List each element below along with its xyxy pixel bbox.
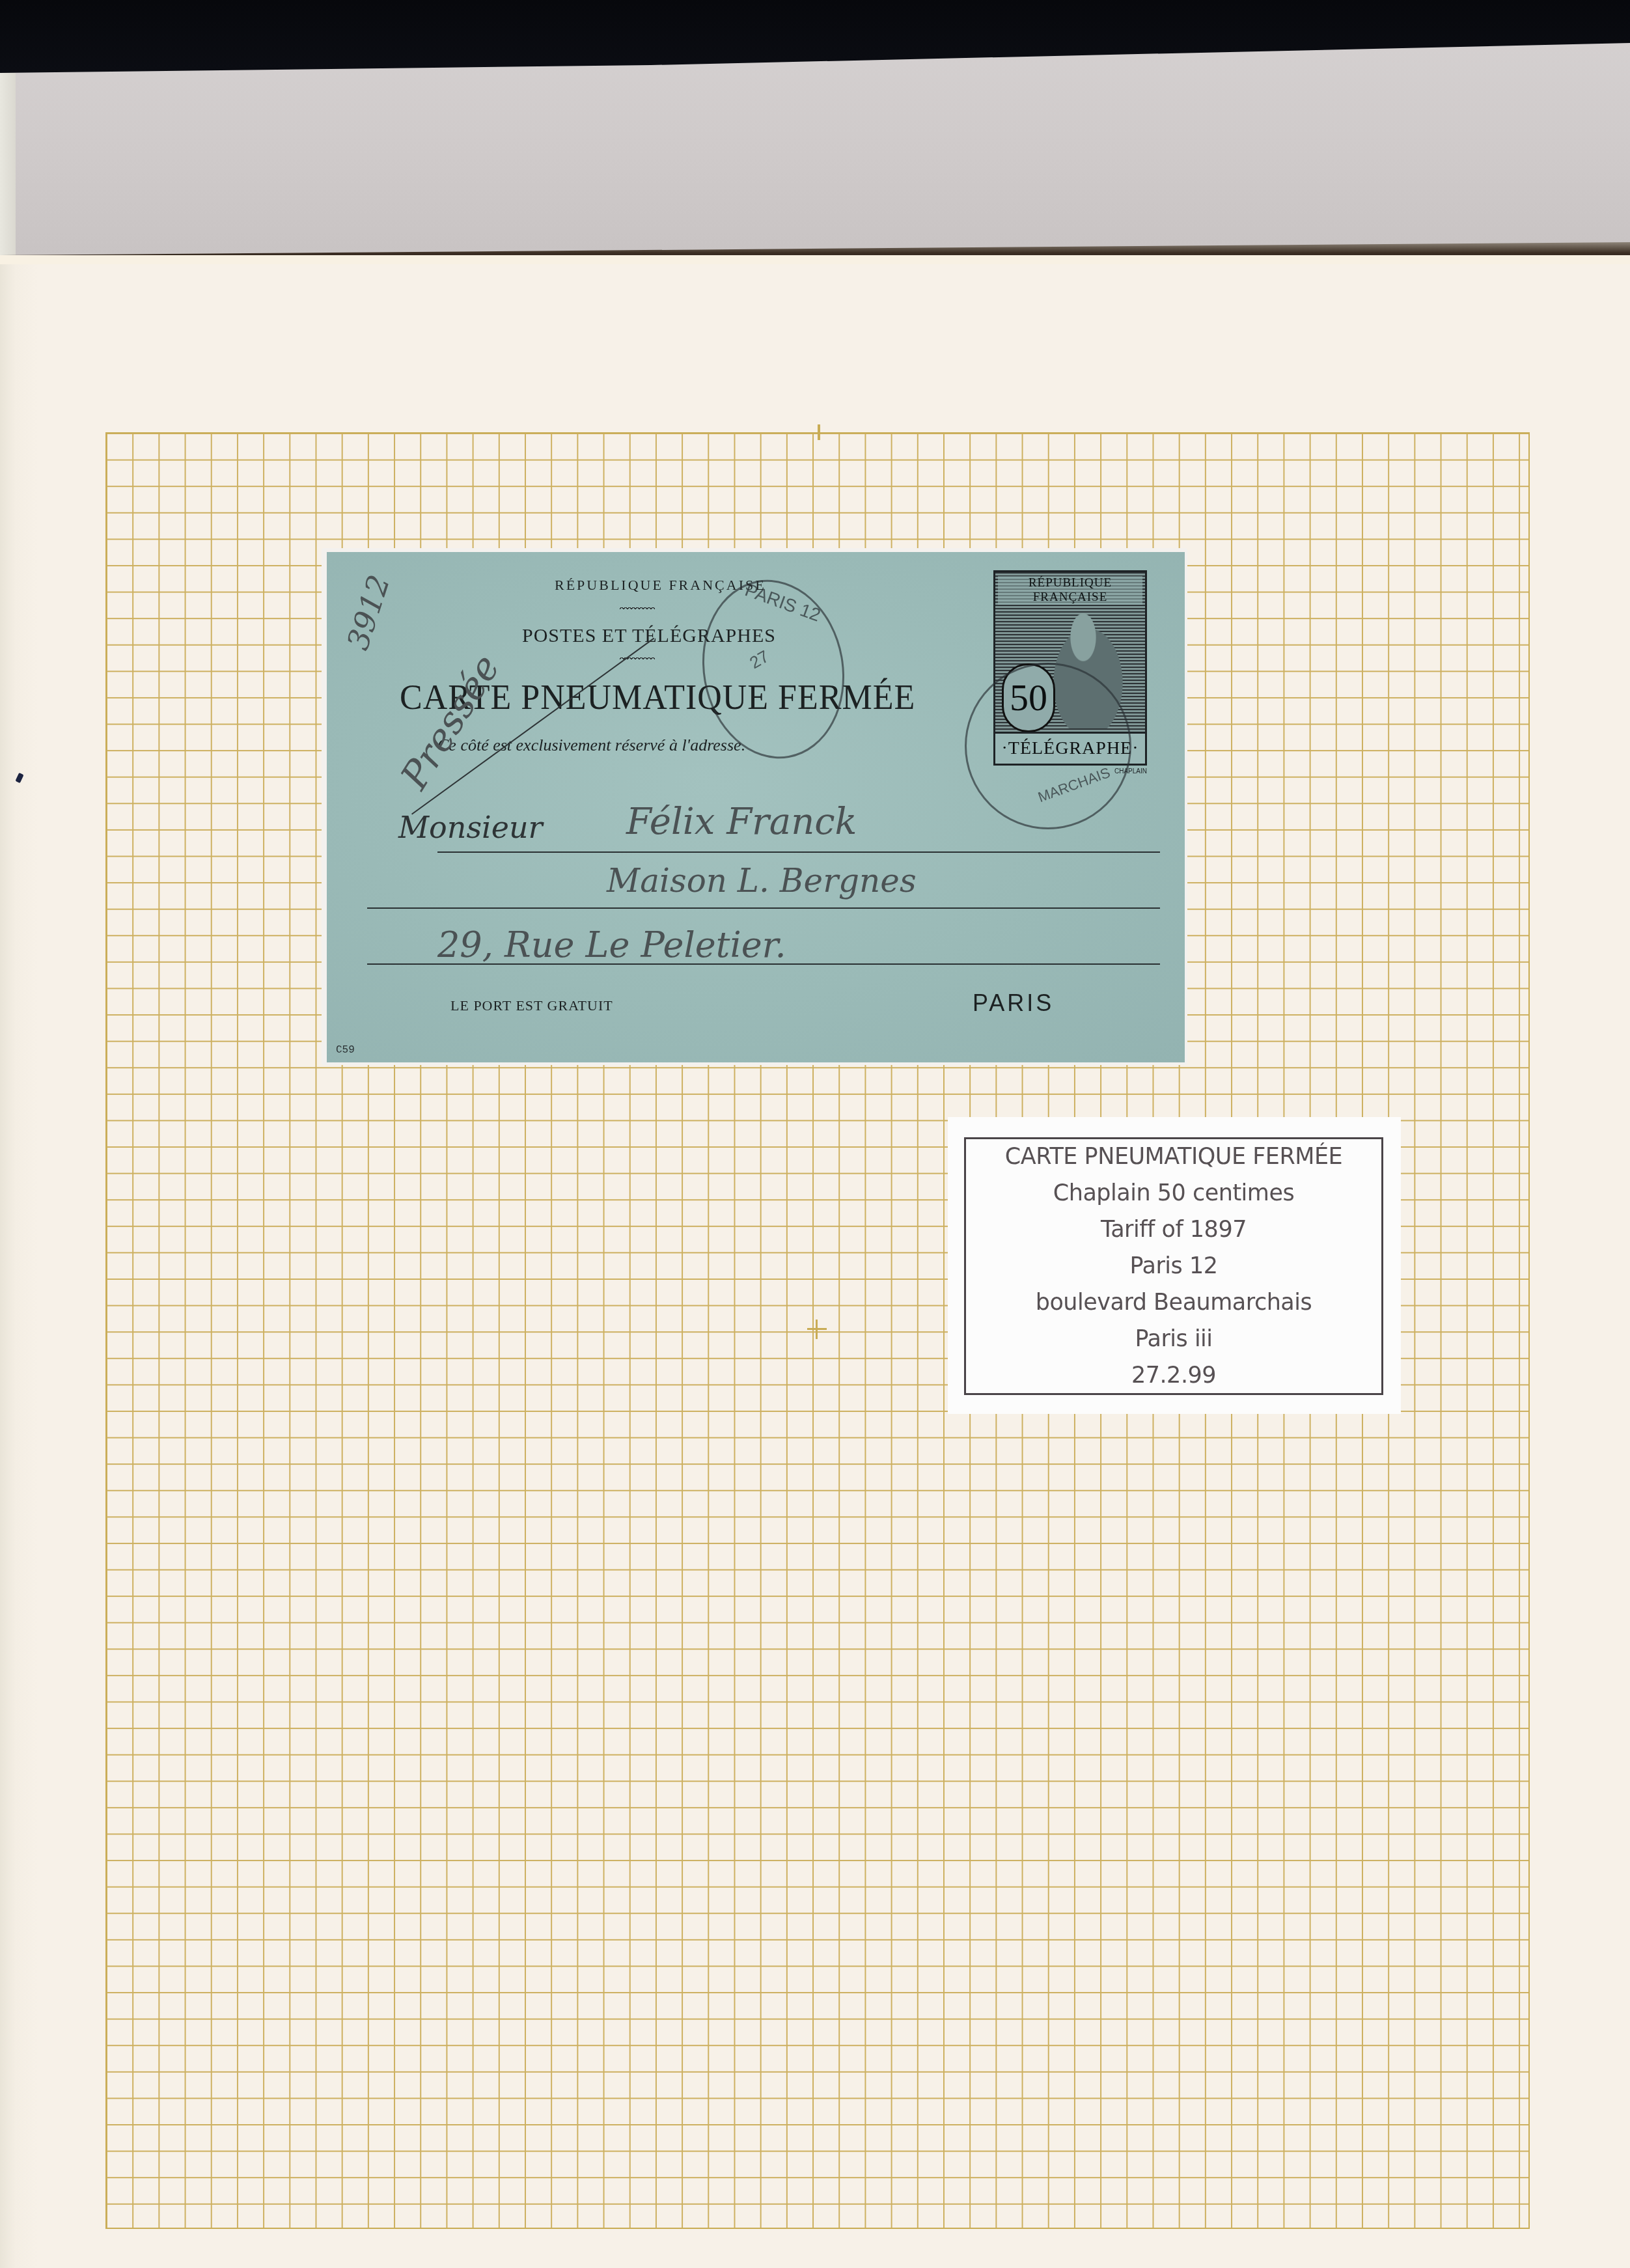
page-binding-shade	[0, 264, 39, 2268]
card-footer-free-postage: LE PORT EST GRATUIT	[450, 997, 613, 1014]
label-date: 27.2.99	[1131, 1357, 1216, 1394]
label-title: CARTE PNEUMATIQUE FERMÉE	[1005, 1139, 1342, 1175]
label-office-address: boulevard Beaumarchais	[1036, 1284, 1312, 1321]
label-tariff: Tariff of 1897	[1101, 1211, 1247, 1248]
handwritten-recipient: Félix Franck	[626, 801, 857, 843]
label-office: Paris 12	[1130, 1248, 1218, 1284]
handwritten-salutation: Monsieur	[398, 810, 543, 845]
handwritten-care-of: Maison L. Bergnes	[607, 862, 917, 900]
handwritten-annotation: Pressée	[392, 647, 508, 797]
interleaving-sheet-edge	[0, 73, 16, 255]
card-address-side-note: Ce côté est exclusivement réservé à l'ad…	[437, 736, 745, 755]
address-rule	[367, 963, 1160, 965]
label-destination: Paris iii	[1135, 1321, 1212, 1357]
center-tick-mark	[818, 424, 820, 440]
pneumatic-letter-card[interactable]: RÉPUBLIQUE FRANÇAISE POSTES ET TÉLÉGRAPH…	[327, 552, 1185, 1062]
postmark-circle	[965, 663, 1131, 829]
card-footer-city: PARIS	[973, 989, 1054, 1017]
handwritten-reference-number: 3912	[340, 571, 397, 654]
printer-code: C59	[336, 1044, 355, 1056]
handwritten-street: 29, Rue Le Peletier.	[437, 924, 786, 965]
label-stamp-type: Chaplain 50 centimes	[1053, 1175, 1294, 1211]
address-rule	[367, 907, 1160, 909]
description-label-box: CARTE PNEUMATIQUE FERMÉE Chaplain 50 cen…	[964, 1137, 1383, 1395]
address-rule	[437, 851, 1160, 853]
card-perforation-edge	[327, 552, 1185, 556]
center-cross-mark-vertical	[816, 1320, 818, 1339]
ornament-wavy-rule	[620, 605, 655, 609]
